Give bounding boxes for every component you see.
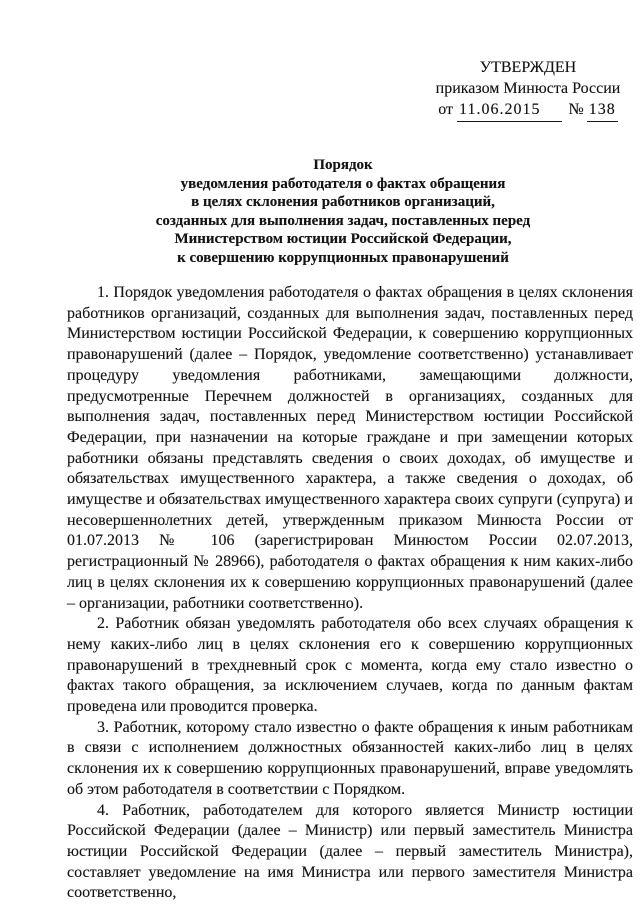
document-body: 1. Порядок уведомления работодателя о фа…	[67, 283, 633, 904]
approval-number-sign: №	[568, 101, 583, 118]
document-page: УТВЕРЖДЕН приказом Минюста России от11.0…	[0, 0, 640, 905]
title-line-1: Порядок	[60, 156, 626, 175]
paragraph-1: 1. Порядок уведомления работодателя о фа…	[67, 283, 633, 614]
approval-date-prefix: от	[438, 101, 453, 118]
approval-number-value: 138	[587, 99, 618, 122]
paragraph-2: 2. Работник обязан уведомлять работодате…	[67, 614, 633, 718]
document-title: Порядок уведомления работодателя о факта…	[60, 156, 626, 268]
title-line-4: созданных для выполнения задач, поставле…	[60, 212, 626, 231]
title-line-3: в целях склонения работников организаций…	[60, 193, 626, 212]
paragraph-3: 3. Работник, которому стало известно о ф…	[67, 718, 633, 801]
approval-date-value: 11.06.2015	[457, 99, 562, 122]
title-line-2: уведомления работодателя о фактах обраще…	[60, 175, 626, 194]
approval-stamp-block: УТВЕРЖДЕН приказом Минюста России от11.0…	[408, 57, 640, 122]
title-line-6: к совершению коррупционных правонарушени…	[60, 249, 626, 268]
approval-line-order: приказом Минюста России	[408, 78, 640, 99]
scanned-document-screenshot: { "approval": { "line1": "УТВЕРЖДЕН", "l…	[0, 0, 640, 905]
approval-line-approved: УТВЕРЖДЕН	[408, 57, 640, 78]
title-line-5: Министерством юстиции Российской Федерац…	[60, 230, 626, 249]
approval-date-line: от11.06.2015№138	[408, 99, 640, 122]
paragraph-4: 4. Работник, работодателем для которого …	[67, 801, 633, 905]
